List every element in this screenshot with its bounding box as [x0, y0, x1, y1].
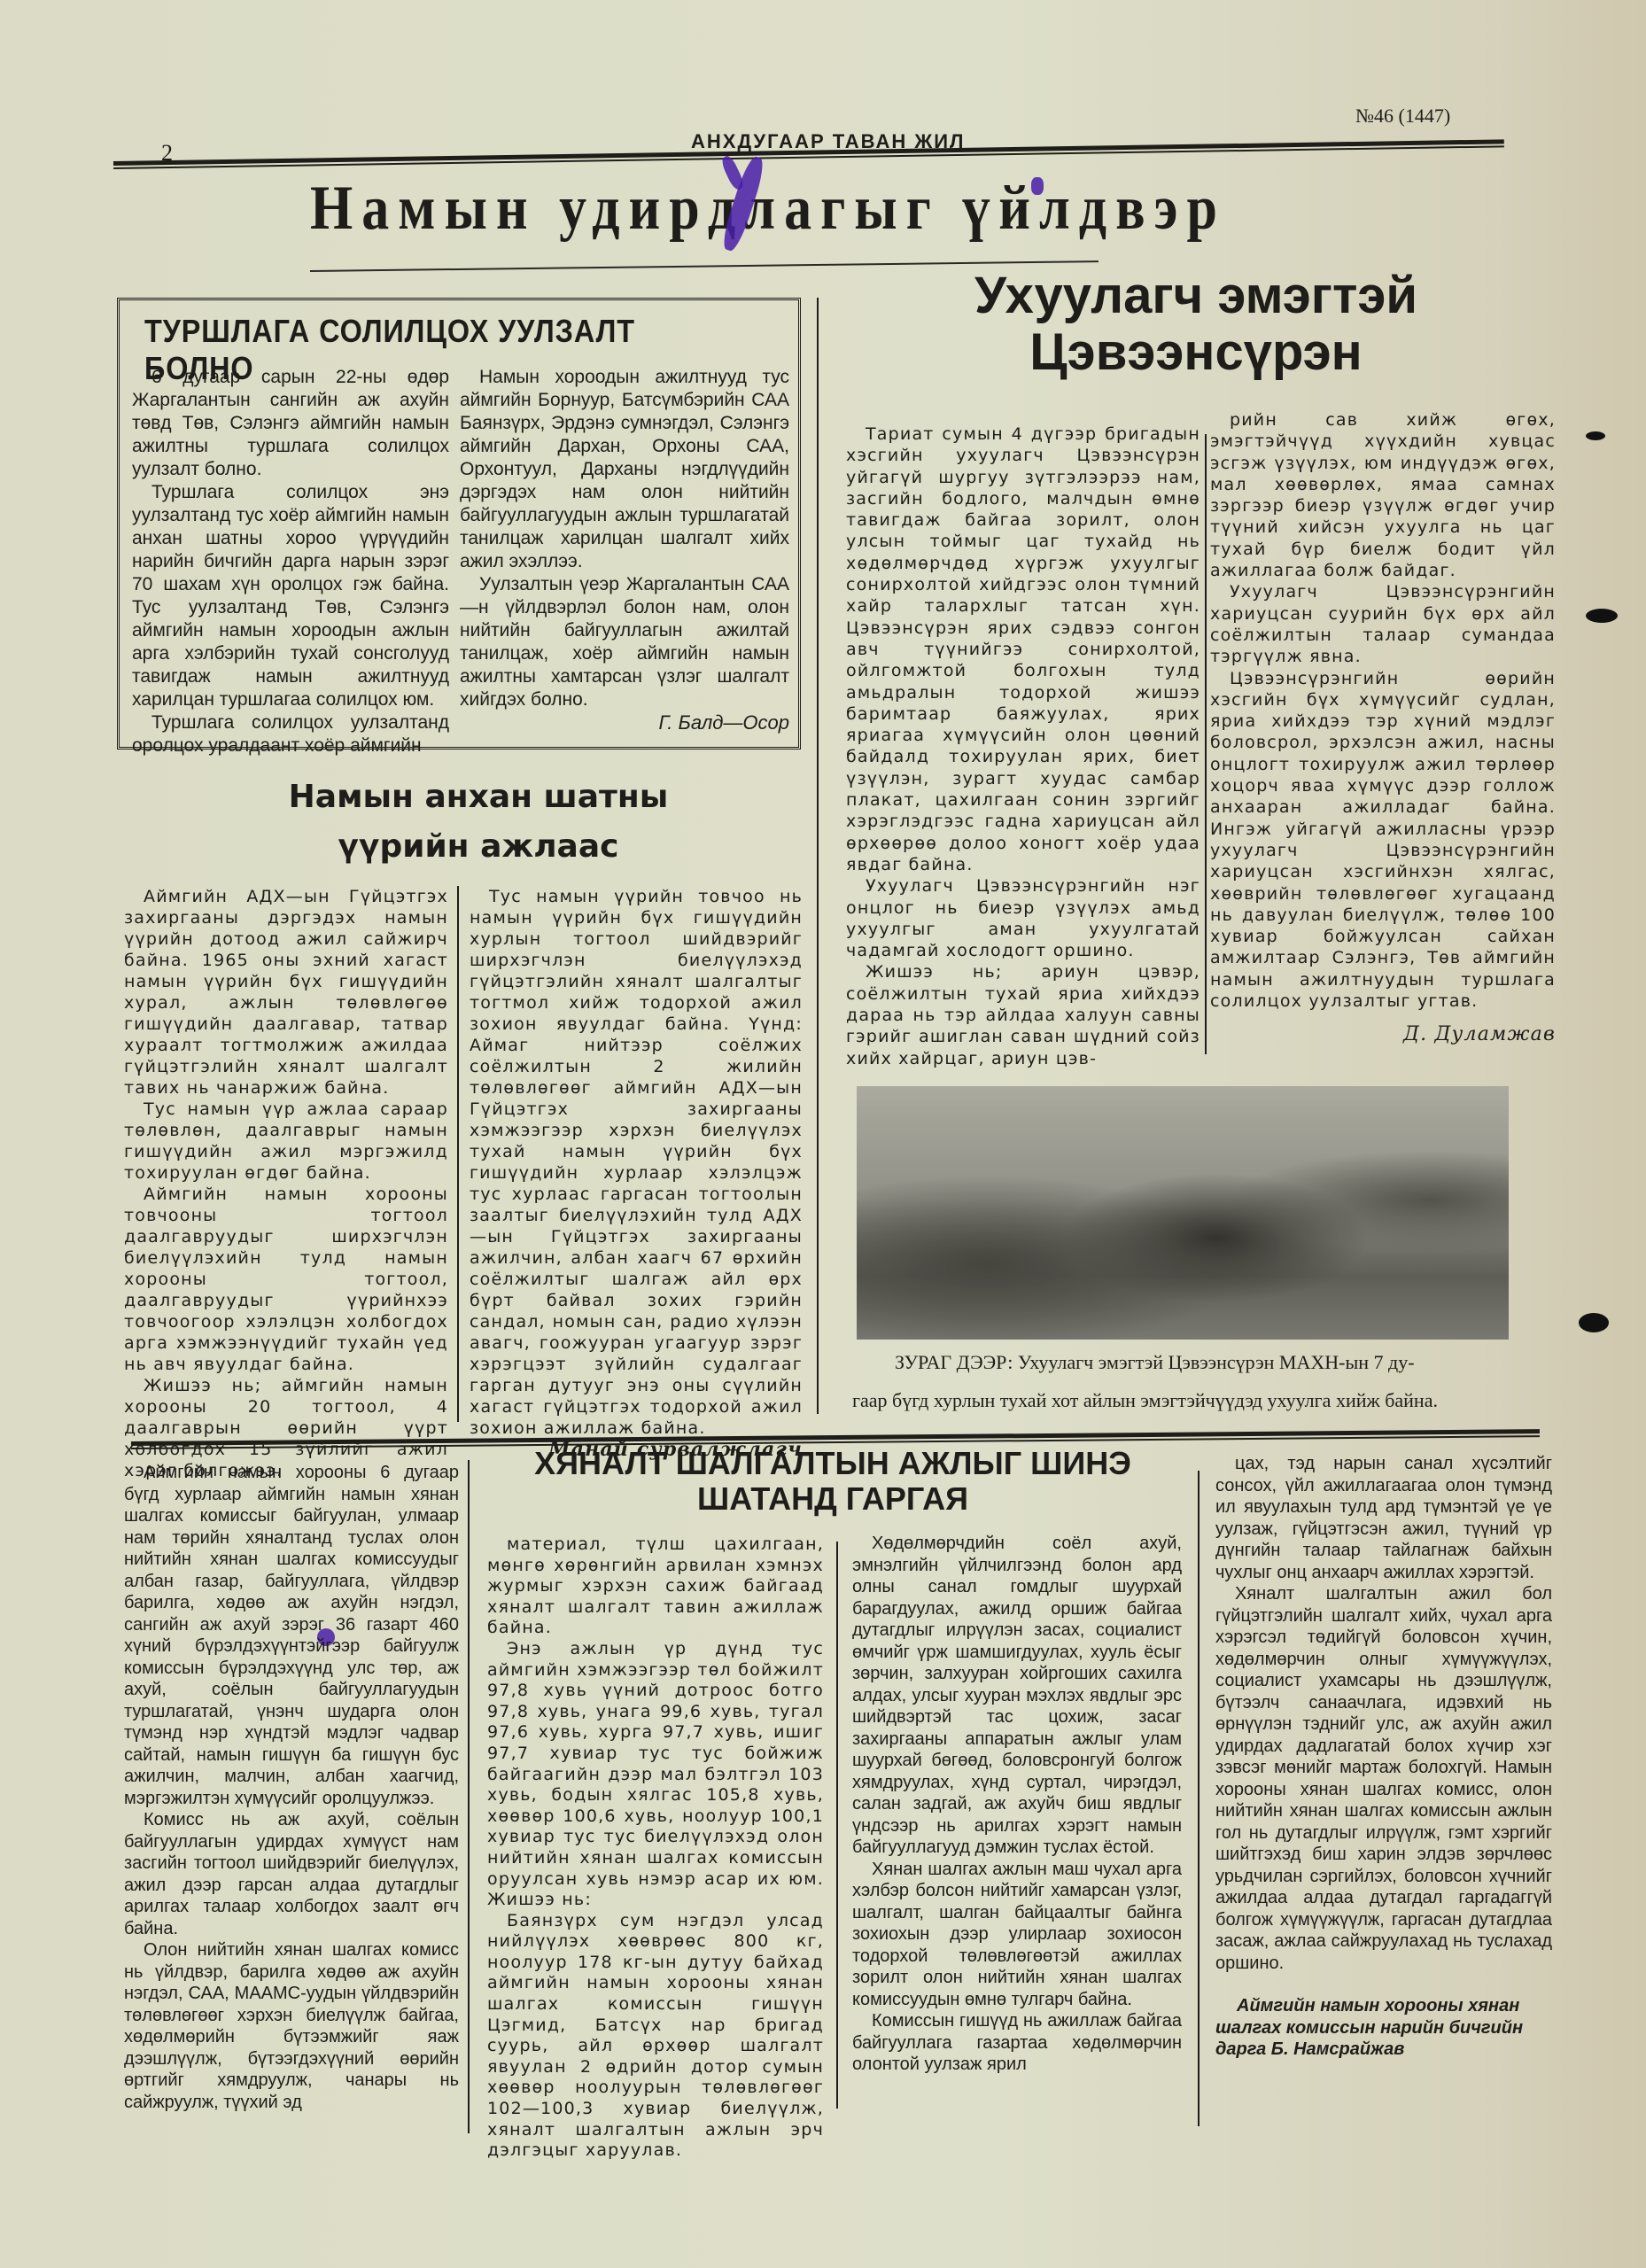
paragraph: Цэвээнсүрэнгийн өөрийн хэсгийн бүх хүмүү… — [1210, 668, 1556, 1013]
column-divider — [1205, 434, 1207, 1054]
issue-number: №46 (1447) — [1355, 105, 1450, 128]
column-divider — [468, 1460, 470, 2133]
control-column-1: Аймгийн намын хорооны 6 дугаар бүгд хурл… — [124, 1462, 459, 2113]
paragraph: цах, тэд нарын санал хүсэлтийг сонсох, ү… — [1215, 1453, 1552, 1583]
party-cell-column-2: Тус намын үүрийн товчоо нь намын үүрийн … — [470, 886, 803, 1460]
paragraph: Ухуулагч Цэвээнсүрэнгийн нэг онцлог нь б… — [846, 875, 1200, 961]
byline: Аймгийн намын хорооны хянан шалгах комис… — [1215, 1995, 1552, 2061]
control-column-4: цах, тэд нарын санал хүсэлтийг сонсох, ү… — [1215, 1453, 1552, 2061]
binder-hole — [1586, 609, 1618, 623]
paragraph: Тус намын үүр ажлаа сараар төлөвлөн, даа… — [124, 1099, 448, 1184]
article-headline-agitator: Ухуулагч эмэгтэй Цэвээнсүрэн — [904, 268, 1488, 381]
headline-line: ШАТАНД ГАРГАЯ — [496, 1481, 1169, 1517]
control-column-2: материал, түлш цахилгаан, мөнгө хөрөнгий… — [487, 1534, 824, 2162]
paragraph: Жишээ нь; ариун цэвэр, соёлжилтын тухай … — [846, 961, 1200, 1068]
column-divider — [836, 1542, 838, 2109]
article-experience-exchange: ТУРШЛАГА СОЛИЛЦОХ УУЛЗАЛТ БОЛНО 6 дугаар… — [117, 298, 801, 750]
paragraph: Хяналт шалгалтын ажил бол гүйцэтгэлийн ш… — [1215, 1583, 1552, 1974]
paragraph: Туршлага солилцох уулзалтанд оролцох ура… — [132, 711, 449, 757]
binder-hole — [1579, 1313, 1609, 1332]
headline-line: үүрийн ажлаас — [177, 822, 780, 872]
agitator-column-1: Тариат сумын 4 дүгээр бригадын хэсгийн у… — [846, 423, 1200, 1069]
photo-caption-continued: гаар бүгд хурлын тухай хот айлын эмэгтэй… — [852, 1389, 1543, 1412]
column-divider — [817, 298, 819, 1414]
paragraph: Аймгийн АДХ—ын Гүйцэтгэх захиргааны дэрг… — [124, 886, 448, 1099]
control-column-3: Хөдөлмөрчдийн соёл ахуй, эмнэлгийн үйлчи… — [852, 1533, 1182, 2076]
headline-line: ХЯНАЛТ ШАЛГАЛТЫН АЖЛЫГ ШИНЭ — [496, 1446, 1169, 1481]
article-column-1: 6 дугаар сарын 22-ны өдөр Жаргалантын са… — [132, 366, 449, 757]
paragraph: рийн сав хийж өгөх, эмэгтэйчүүд хүүхдийн… — [1210, 409, 1556, 581]
paragraph: Аймгийн намын хорооны 6 дугаар бүгд хурл… — [124, 1462, 459, 1809]
paragraph: Туршлага солилцох энэ уулзалтанд тус хоё… — [132, 481, 449, 711]
headline-line: Намын анхан шатны — [177, 773, 780, 822]
column-divider — [457, 886, 459, 1422]
paragraph: Энэ ажлын үр дүнд тус аймгийн хэмжээгээр… — [487, 1639, 824, 1911]
article-headline-control: ХЯНАЛТ ШАЛГАЛТЫН АЖЛЫГ ШИНЭ ШАТАНД ГАРГА… — [496, 1446, 1169, 1517]
headline-line: Цэвээнсүрэн — [904, 324, 1488, 381]
photo-women-agitation — [857, 1086, 1509, 1340]
binder-hole — [1586, 431, 1605, 440]
column-divider — [1198, 1471, 1200, 2126]
paragraph: Хөдөлмөрчдийн соёл ахуй, эмнэлгийн үйлчи… — [852, 1533, 1182, 1859]
party-cell-column-1: Аймгийн АДХ—ын Гүйцэтгэх захиргааны дэрг… — [124, 886, 448, 1481]
paragraph: Тариат сумын 4 дүгээр бригадын хэсгийн у… — [846, 423, 1200, 875]
photo-caption: ЗУРАГ ДЭЭР: Ухуулагч эмэгтэй Цэвээнсүрэн… — [895, 1351, 1533, 1374]
newspaper-page: 2 АНХДУГААР ТАВАН ЖИЛ №46 (1447) Намын у… — [0, 0, 1646, 2268]
paragraph: Хянан шалгах ажлын маш чухал арга хэлбэр… — [852, 1859, 1182, 2011]
article-column-2: Намын хороодын ажилтнууд тус аймгийн Бор… — [460, 366, 789, 734]
byline: Д. Дуламжав — [1210, 1024, 1556, 1045]
paragraph: Олон нийтийн хянан шалгах комисс нь үйлд… — [124, 1939, 459, 2113]
paragraph: Тус намын үүрийн товчоо нь намын үүрийн … — [470, 886, 803, 1439]
page-title: Намын удирдлагыг үйлдвэр — [310, 173, 1226, 245]
paragraph: Комисс нь аж ахуй, соёлын байгууллагын у… — [124, 1809, 459, 1939]
agitator-column-2: рийн сав хийж өгөх, эмэгтэйчүүд хүүхдийн… — [1210, 409, 1556, 1046]
paragraph: Аймгийн намын хорооны товчооны тогтоол д… — [124, 1184, 448, 1375]
paragraph: Ухуулагч Цэвээнсүрэнгийн хариуцсан суури… — [1210, 581, 1556, 667]
paragraph: Уулзалтын үеэр Жаргалантын САА—н үйлдвэр… — [460, 573, 789, 711]
ink-dot — [1031, 177, 1044, 195]
paragraph: материал, түлш цахилгаан, мөнгө хөрөнгий… — [487, 1534, 824, 1639]
paragraph: 6 дугаар сарын 22-ны өдөр Жаргалантын са… — [132, 366, 449, 481]
paragraph: Баянзүрх сум нэгдэл улсад нийлүүлэх хөөв… — [487, 1911, 824, 2162]
paragraph: Комиссын гишүүд нь ажиллаж байгаа байгуу… — [852, 2010, 1182, 2076]
paragraph: Намын хороодын ажилтнууд тус аймгийн Бор… — [460, 366, 789, 573]
headline-line: Ухуулагч эмэгтэй — [904, 268, 1488, 324]
byline: Г. Балд—Осор — [460, 711, 789, 734]
article-headline-party-cell: Намын анхан шатны үүрийн ажлаас — [177, 773, 780, 872]
